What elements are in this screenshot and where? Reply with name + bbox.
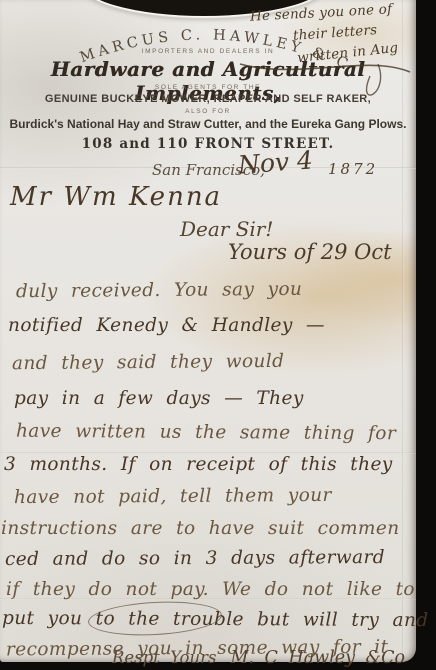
body-line: duly received. You say you	[16, 279, 303, 302]
body-line: instructions are to have suit commen	[1, 518, 400, 539]
recipient-line: Mr Wm Kenna	[10, 182, 222, 212]
body-line: if they do not pay. We do not like to	[6, 579, 415, 600]
body-line: ced and do so in 3 days afterward	[5, 547, 385, 570]
body-line: have written us the same thing for	[16, 421, 396, 445]
signature: M. C Hawley &Co	[230, 648, 405, 668]
body-line: notified Kenedy & Handley —	[8, 315, 325, 336]
ink-circle-around-trouble	[87, 599, 223, 639]
opening-line: Yours of 29 Oct	[228, 240, 392, 264]
body-line: pay in a few days — They	[14, 388, 304, 409]
closing-text: Respt Yours	[112, 648, 216, 667]
letterhead-address: 108 and 110 FRONT STREET.	[0, 136, 416, 152]
body-line: have not paid, tell them your	[14, 485, 332, 508]
letter-scan: MARCUS C. HAWLEY & CO. IMPORTERS AND DEA…	[0, 0, 436, 670]
letterhead-also-for: ALSO FOR	[0, 108, 416, 115]
letterhead-buckeye-line: GENUINE BUCKEYE MOWER, REAPER AND SELF R…	[0, 93, 416, 105]
letter-paper: MARCUS C. HAWLEY & CO. IMPORTERS AND DEA…	[0, 0, 416, 662]
body-line: 3 months. If on receipt of this they	[4, 454, 393, 475]
date-year: 1872	[328, 160, 378, 178]
date-day: Nov 4	[237, 145, 314, 179]
closing-line: Respt YoursM. C Hawley &Co	[112, 648, 405, 668]
letterhead-burdick-line: Burdick's National Hay and Straw Cutter,…	[0, 117, 416, 131]
letterhead-sole-agents: SOLE AGENTS FOR THE	[0, 84, 416, 91]
salutation-line: Dear Sir!	[180, 217, 273, 241]
body-line: and they said they would	[12, 351, 285, 374]
